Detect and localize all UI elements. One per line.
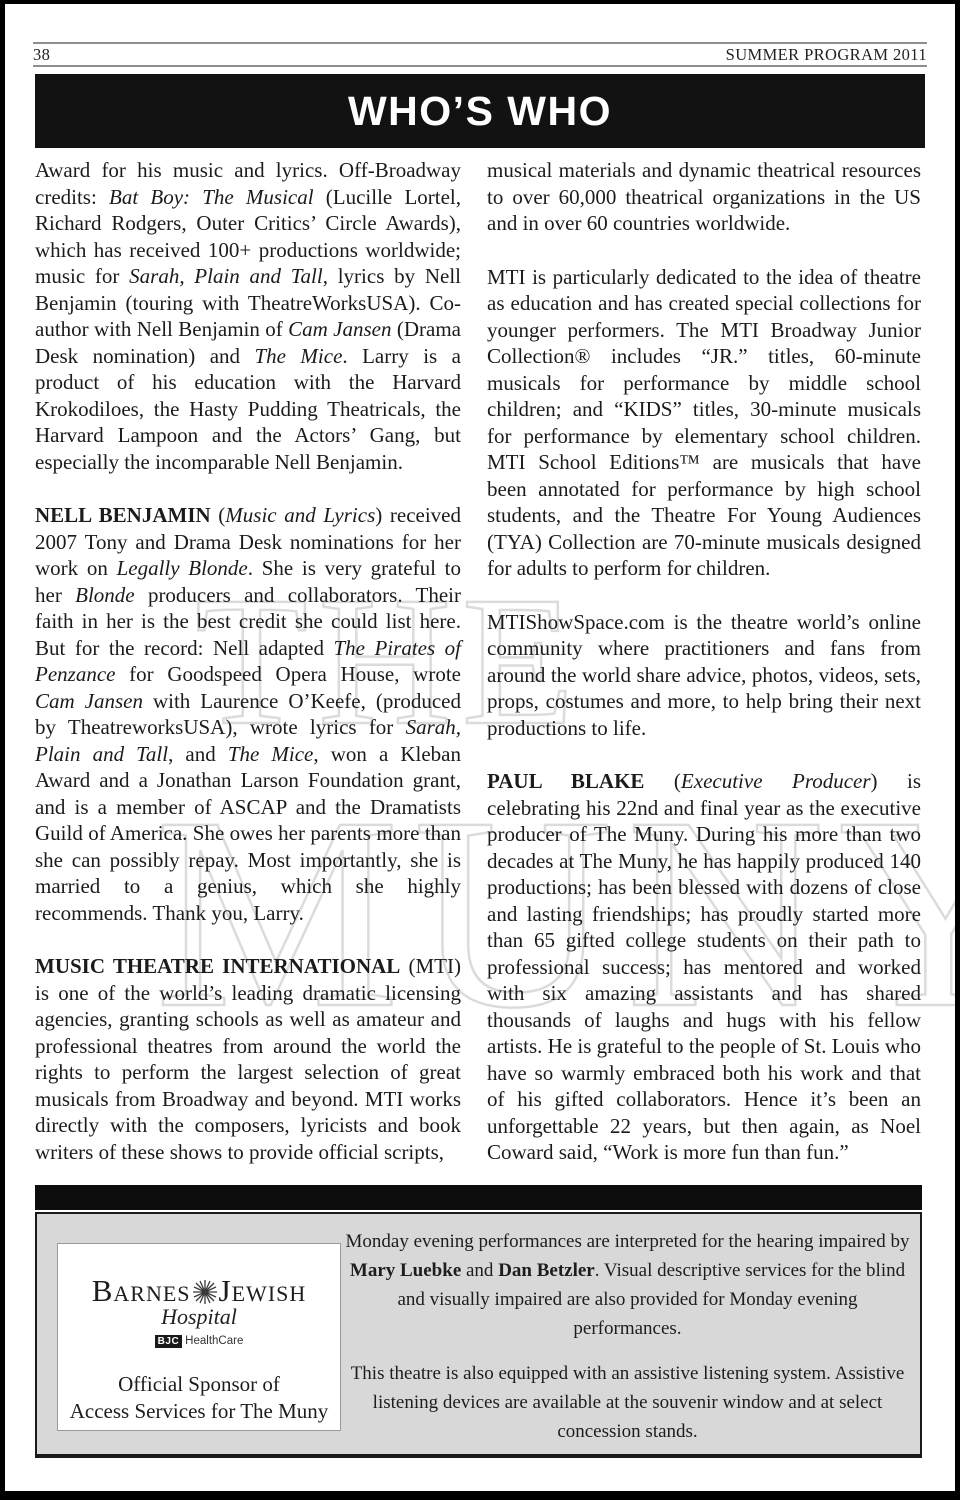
barnes-jewish-logo: Barnes Jewish xyxy=(58,1276,340,1306)
sponsor-caption-line1: Official Sponsor of xyxy=(58,1371,340,1398)
logo-barnes: Barnes xyxy=(92,1273,191,1308)
sponsor-caption-line2: Access Services for The Muny xyxy=(58,1398,340,1425)
notice-interpreted-performances: Monday evening performances are interpre… xyxy=(343,1227,912,1343)
paragraph-mti-start: MUSIC THEATRE INTERNATIONAL (MTI) is one… xyxy=(35,953,461,1165)
paragraph-mtishowspace: MTIShowSpace.com is the theatre world’s … xyxy=(487,609,921,742)
sponsor-box: Barnes Jewish xyxy=(57,1243,341,1431)
running-head-title: SUMMER PROGRAM 2011 xyxy=(726,45,927,65)
section-banner: WHO’S WHO xyxy=(35,74,925,148)
accessibility-notices: Monday evening performances are interpre… xyxy=(343,1227,912,1462)
notice-assistive-listening: This theatre is also equipped with an as… xyxy=(343,1359,912,1446)
bjc-badge: BJC xyxy=(155,1335,183,1348)
paragraph-larry-continuation: Award for his music and lyrics. Off-Broa… xyxy=(35,157,461,475)
page-number: 38 xyxy=(33,45,50,65)
paragraph-mti-education: MTI is particularly dedicated to the ide… xyxy=(487,264,921,582)
running-head: 38 SUMMER PROGRAM 2011 xyxy=(33,42,927,67)
right-column: musical materials and dynamic theatrical… xyxy=(487,157,921,1193)
program-page: THE MUNY 38 SUMMER PROGRAM 2011 WHO’S WH… xyxy=(0,0,960,1500)
logo-hospital: Hospital xyxy=(58,1306,340,1328)
sponsor-caption: Official Sponsor of Access Services for … xyxy=(58,1371,340,1425)
paragraph-nell-benjamin: NELL BENJAMIN (Music and Lyrics) receive… xyxy=(35,502,461,926)
bjc-text: HealthCare xyxy=(185,1335,243,1347)
starburst-icon xyxy=(192,1279,218,1305)
footer-black-bar xyxy=(35,1185,922,1210)
section-title: WHO’S WHO xyxy=(348,88,612,135)
footer-panel: Barnes Jewish xyxy=(35,1212,922,1458)
logo-jewish: Jewish xyxy=(219,1273,307,1308)
bjc-healthcare-line: BJCHealthCare xyxy=(58,1331,340,1349)
access-services-section: Barnes Jewish xyxy=(35,1185,922,1458)
paragraph-paul-blake: PAUL BLAKE (Executive Producer) is celeb… xyxy=(487,768,921,1166)
paragraph-mti-continuation: musical materials and dynamic theatrical… xyxy=(487,157,921,237)
left-column: Award for his music and lyrics. Off-Broa… xyxy=(35,157,461,1192)
